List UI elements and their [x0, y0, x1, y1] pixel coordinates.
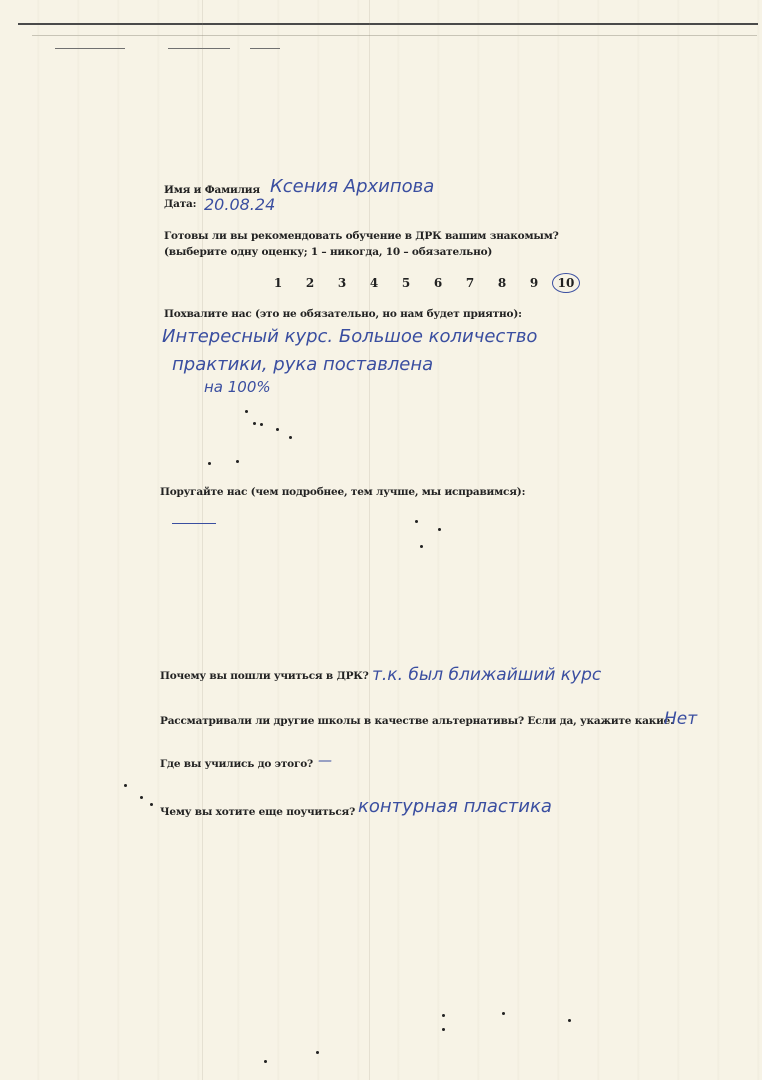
scale-option[interactable]: 1: [262, 276, 294, 293]
scan-speck: [208, 462, 211, 465]
scan-speck: [442, 1028, 445, 1031]
alternatives-answer: Нет: [664, 709, 697, 729]
scan-speck: [415, 520, 418, 523]
alternatives-question: Рассматривали ли другие школы в качестве…: [160, 715, 674, 727]
scan-speck: [245, 410, 248, 413]
scale-option[interactable]: 3: [326, 276, 358, 293]
scale-option[interactable]: 5: [390, 276, 422, 293]
scan-speck: [502, 1012, 505, 1015]
scan-speck: [289, 436, 292, 439]
scale-option[interactable]: 7: [454, 276, 486, 293]
scan-speck: [420, 545, 423, 548]
scan-speck: [316, 1051, 319, 1054]
why-question: Почему вы пошли учиться в ДРК?: [160, 670, 369, 682]
scan-line: [369, 0, 370, 1080]
praise-answer-line-2: практики, рука поставлена: [172, 354, 433, 375]
previous-question: Где вы учились до этого?: [160, 758, 313, 770]
criticism-answer-dash: [172, 523, 216, 524]
recommend-hint: (выберите одну оценку; 1 – никогда, 10 –…: [164, 246, 492, 258]
why-answer: т.к. был ближайший курс: [372, 665, 601, 685]
praise-question: Похвалите нас (это не обязательно, но на…: [164, 308, 522, 320]
header-dash: [55, 48, 125, 49]
top-border-rule-thin: [32, 35, 757, 36]
praise-answer-line-3: на 100%: [204, 378, 271, 396]
scale-option-selected[interactable]: 10: [552, 273, 580, 293]
scan-speck: [264, 1060, 267, 1063]
scale-option[interactable]: 4: [358, 276, 390, 293]
header-dash: [250, 48, 280, 49]
scan-speck: [124, 784, 127, 787]
previous-answer: —: [318, 753, 332, 769]
recommend-scale: 1 2 3 4 5 6 7 8 9 10: [262, 276, 580, 293]
date-value: 20.08.24: [204, 195, 275, 214]
scan-speck: [236, 460, 239, 463]
scale-option[interactable]: 2: [294, 276, 326, 293]
scale-option[interactable]: 8: [486, 276, 518, 293]
scan-speck: [276, 428, 279, 431]
recommend-question: Готовы ли вы рекомендовать обучение в ДР…: [164, 230, 559, 242]
scan-speck: [438, 528, 441, 531]
top-border-rule: [18, 23, 758, 25]
scale-option[interactable]: 9: [518, 276, 550, 293]
scan-speck: [140, 796, 143, 799]
praise-answer-line-1: Интересный курс. Большое количество: [162, 326, 537, 347]
scan-speck: [568, 1019, 571, 1022]
name-value: Ксения Архипова: [270, 176, 434, 197]
scan-speck: [253, 422, 256, 425]
scan-speck: [260, 423, 263, 426]
future-question: Чему вы хотите еще поучиться?: [160, 806, 355, 818]
criticism-question: Поругайте нас (чем подробнее, тем лучше,…: [160, 486, 525, 498]
scan-speck: [442, 1014, 445, 1017]
future-answer: контурная пластика: [358, 796, 552, 817]
scan-line: [202, 0, 203, 1080]
header-dash: [168, 48, 230, 49]
scale-option[interactable]: 6: [422, 276, 454, 293]
scan-speck: [150, 803, 153, 806]
date-label: Дата:: [164, 198, 196, 210]
